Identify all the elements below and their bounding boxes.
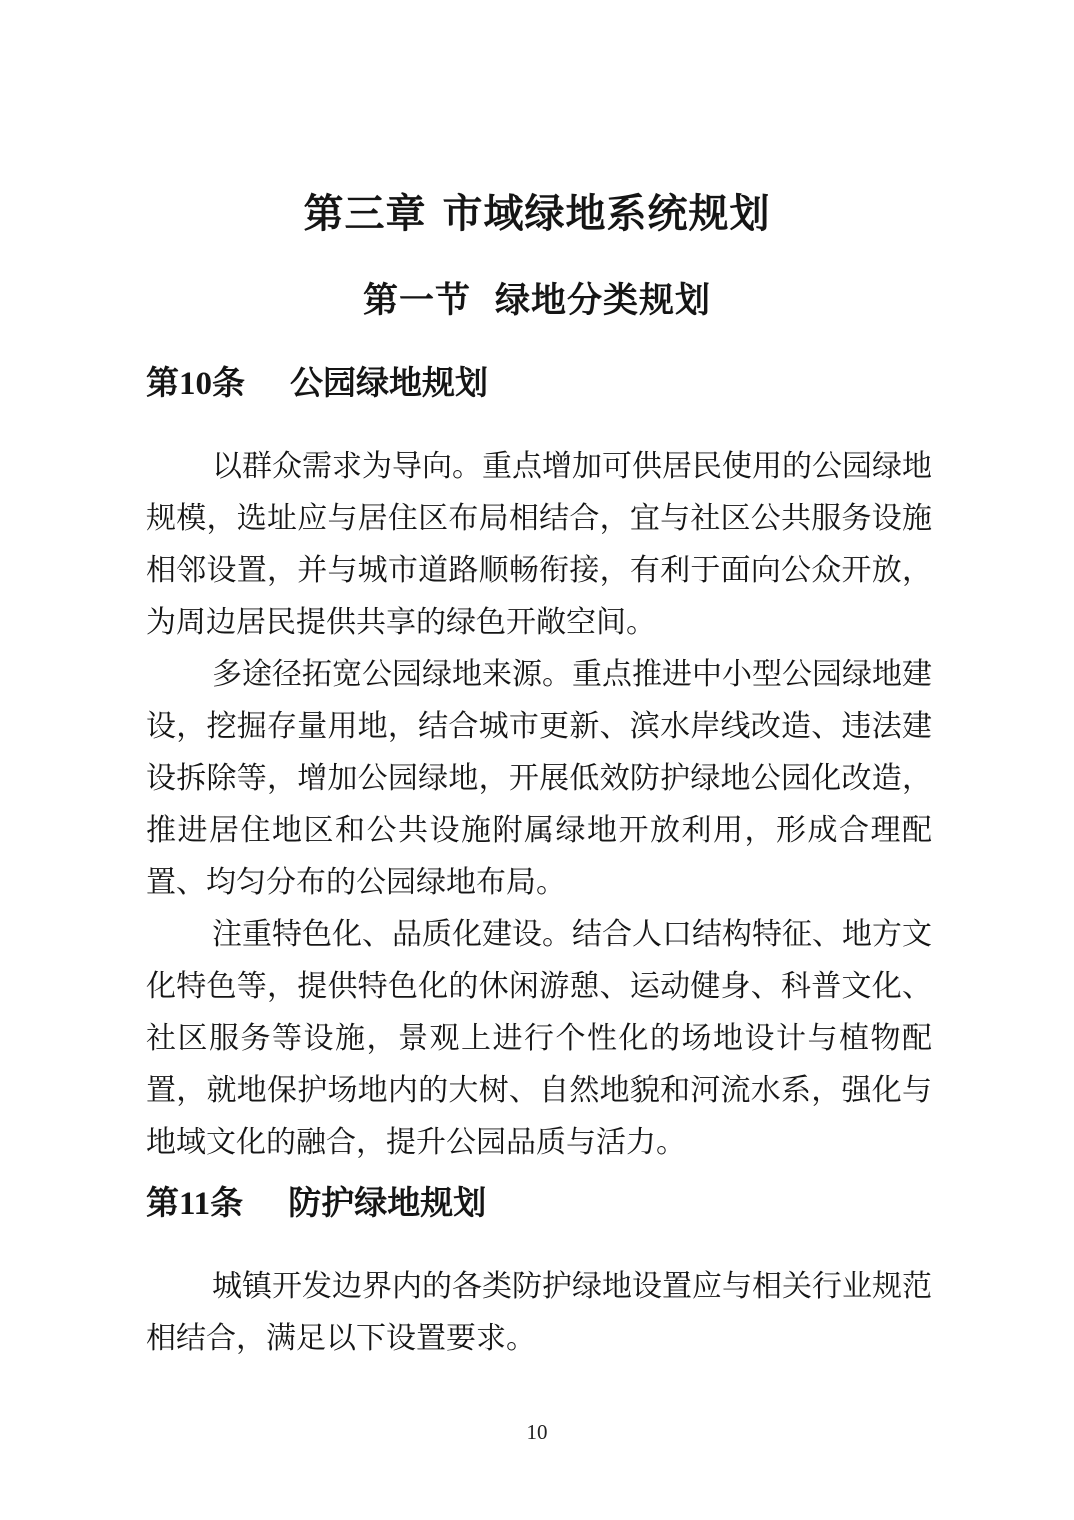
paragraph-line: 社区服务等设施，景观上进行个性化的场地设计与植物配	[146, 1013, 932, 1065]
article-title: 防护绿地规划	[288, 1185, 486, 1223]
paragraph-line: 推进居住地区和公共设施附属绿地开放利用，形成合理配	[146, 805, 932, 857]
chapter-title: 第三章 市域绿地系统规划	[0, 0, 1074, 236]
paragraph-line: 设，挖掘存量用地，结合城市更新、滨水岸线改造、违法建	[146, 701, 932, 753]
article-number: 第10条	[146, 365, 245, 403]
chapter-text: 市域绿地系统规划	[443, 193, 771, 236]
paragraph-line: 置，就地保护场地内的大树、自然地貌和河流水系，强化与	[146, 1065, 932, 1117]
section-label: 第一节	[363, 282, 471, 320]
article-title: 公园绿地规划	[290, 365, 488, 403]
paragraph-line: 多途径拓宽公园绿地来源。重点推进中小型公园绿地建	[146, 649, 932, 701]
page-number: 10	[0, 1419, 1074, 1445]
paragraph-line: 相邻设置，并与城市道路顺畅衔接，有利于面向公众开放，	[146, 545, 932, 597]
paragraph-line: 注重特色化、品质化建设。结合人口结构特征、地方文	[146, 909, 932, 961]
article-number: 第11条	[146, 1185, 243, 1223]
article-heading: 第11条防护绿地规划	[146, 1185, 932, 1223]
paragraph: 以群众需求为导向。重点增加可供居民使用的公园绿地规模，选址应与居住区布局相结合，…	[146, 441, 932, 649]
paragraph-line: 以群众需求为导向。重点增加可供居民使用的公园绿地	[146, 441, 932, 493]
paragraph-line: 地域文化的融合，提升公园品质与活力。	[146, 1117, 932, 1169]
section-text: 绿地分类规划	[495, 282, 711, 320]
document-page: 第三章 市域绿地系统规划 第一节 绿地分类规划 第10条公园绿地规划以群众需求为…	[0, 0, 1074, 1520]
chapter-label: 第三章	[304, 193, 427, 236]
article-heading: 第10条公园绿地规划	[146, 365, 932, 403]
section-title: 第一节 绿地分类规划	[0, 282, 1074, 320]
articles-container: 第10条公园绿地规划以群众需求为导向。重点增加可供居民使用的公园绿地规模，选址应…	[0, 365, 1074, 1365]
paragraph-line: 置、均匀分布的公园绿地布局。	[146, 857, 932, 909]
paragraph: 城镇开发边界内的各类防护绿地设置应与相关行业规范相结合，满足以下设置要求。	[146, 1261, 932, 1365]
paragraph-line: 城镇开发边界内的各类防护绿地设置应与相关行业规范	[146, 1261, 932, 1313]
paragraph-line: 设拆除等，增加公园绿地，开展低效防护绿地公园化改造，	[146, 753, 932, 805]
paragraph-line: 相结合，满足以下设置要求。	[146, 1313, 932, 1365]
paragraph-line: 规模，选址应与居住区布局相结合，宜与社区公共服务设施	[146, 493, 932, 545]
paragraph-line: 为周边居民提供共享的绿色开敞空间。	[146, 597, 932, 649]
paragraph: 注重特色化、品质化建设。结合人口结构特征、地方文化特色等，提供特色化的休闲游憩、…	[146, 909, 932, 1169]
paragraph: 多途径拓宽公园绿地来源。重点推进中小型公园绿地建设，挖掘存量用地，结合城市更新、…	[146, 649, 932, 909]
paragraph-line: 化特色等，提供特色化的休闲游憩、运动健身、科普文化、	[146, 961, 932, 1013]
